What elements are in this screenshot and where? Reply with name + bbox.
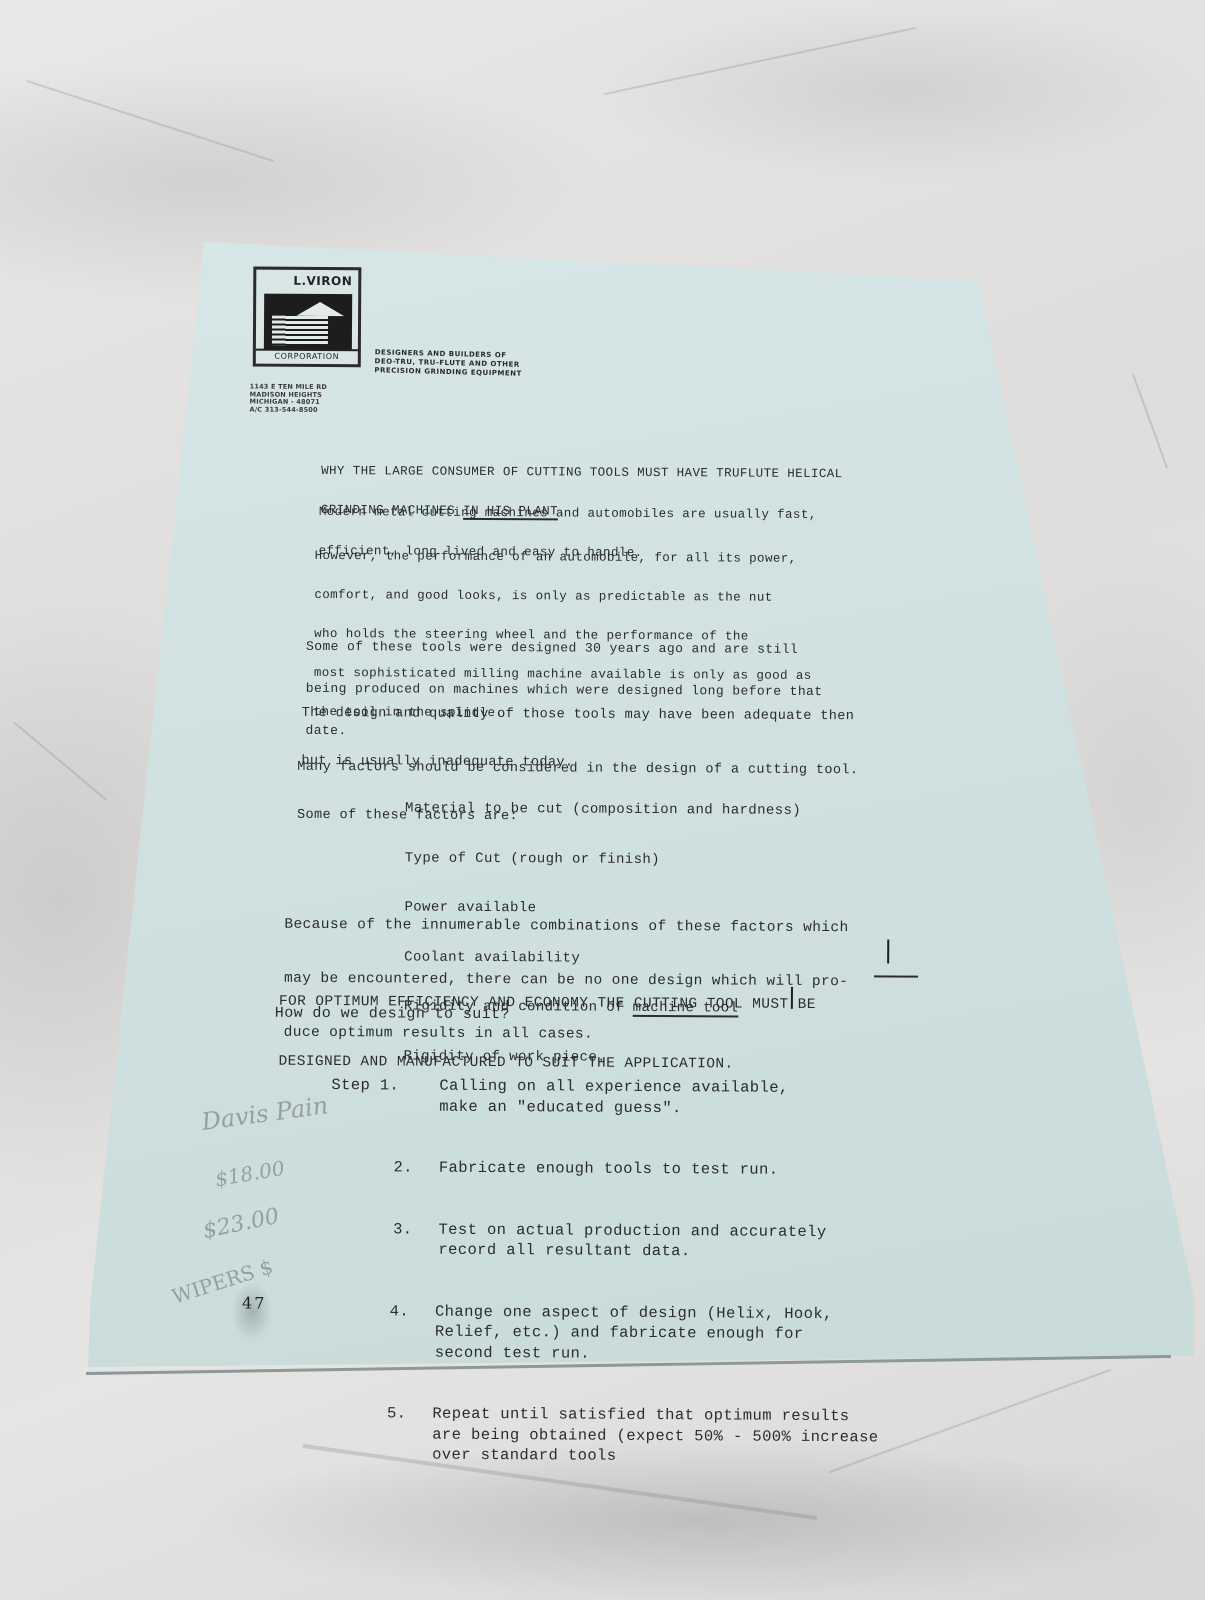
step-item: 3. Test on actual production and accurat… (330, 1219, 880, 1263)
step-line: over standard tools (432, 1445, 878, 1468)
step-line: Relief, etc.) and fabricate enough for (435, 1322, 833, 1345)
step-line: Change one aspect of design (Helix, Hook… (435, 1301, 833, 1324)
step-line: Calling on all experience available, (439, 1076, 788, 1099)
step-item: 5. Repeat until satisfied that optimum r… (324, 1403, 879, 1468)
document-content: L.VIRON CORPORATION DESIGNERS AND BUILDE… (0, 0, 1205, 1600)
step-text: Repeat until satisfied that optimum resu… (432, 1404, 879, 1468)
step-number: 3. (330, 1219, 438, 1261)
page-number: 47 (242, 1294, 266, 1313)
step-text: Calling on all experience available,make… (439, 1076, 789, 1119)
step-number: Step 1. (331, 1075, 439, 1117)
step-line: second test run. (435, 1342, 833, 1365)
company-name: L.VIRON (264, 274, 352, 289)
step-number: 5. (324, 1403, 432, 1465)
text-line: Modern metal cutting machines and automo… (319, 506, 817, 522)
must-underline (874, 975, 918, 977)
address-line: A/C 313-544-8500 (249, 406, 326, 414)
text-line: comfort, and good looks, is only as pred… (314, 589, 812, 605)
step-text: Change one aspect of design (Helix, Hook… (435, 1301, 833, 1365)
step-line: Test on actual production and accurately (438, 1219, 826, 1242)
text-line: However, the performance of an automobil… (315, 550, 813, 566)
step-text: Test on actual production and accurately… (438, 1219, 826, 1262)
step-line: Repeat until satisfied that optimum resu… (432, 1404, 878, 1427)
correction-mark-icon (791, 987, 793, 1009)
text-line: Because of the innumerable combinations … (284, 916, 848, 937)
company-tagline: DESIGNERS AND BUILDERS OF DEO-TRU, TRU-F… (374, 348, 522, 378)
step-text: Fabricate enough tools to test run. (439, 1158, 779, 1181)
step-line: record all resultant data. (438, 1240, 826, 1263)
text-line: Some of these tools were designed 30 yea… (306, 640, 823, 657)
handwritten-price: $18.00 (213, 1156, 286, 1191)
text-line: The design and quality of those tools ma… (302, 706, 855, 725)
correction-mark-icon (887, 939, 889, 963)
step-item: 2. Fabricate enough tools to test run. (331, 1157, 880, 1181)
step-line: are being obtained (expect 50% - 500% in… (432, 1424, 878, 1447)
step-line: Fabricate enough tools to test run. (439, 1158, 779, 1181)
step-number: 2. (331, 1157, 439, 1178)
handwritten-price: $23.00 (201, 1204, 281, 1244)
company-address: 1143 E TEN MILE RD MADISON HEIGHTS MICHI… (249, 384, 327, 414)
steps-list: Step 1. Calling on all experience availa… (329, 1034, 881, 1509)
step-item: 4. Change one aspect of design (Helix, H… (327, 1301, 880, 1366)
factor-item: Type of Cut (rough or finish) (405, 850, 801, 869)
step-item: Step 1. Calling on all experience availa… (331, 1075, 881, 1119)
title-line: WHY THE LARGE CONSUMER OF CUTTING TOOLS … (321, 465, 843, 481)
company-suffix: CORPORATION (256, 349, 358, 362)
step-line: make an "educated guess". (439, 1096, 788, 1119)
question: How do we design to suit? (275, 1004, 510, 1025)
house-logo-icon (264, 294, 352, 351)
company-logo: L.VIRON CORPORATION (253, 267, 362, 368)
step-number: 4. (327, 1301, 435, 1363)
handwritten-signature: Davis Pain (200, 1091, 330, 1136)
factor-item: Material to be cut (composition and hard… (405, 800, 801, 819)
